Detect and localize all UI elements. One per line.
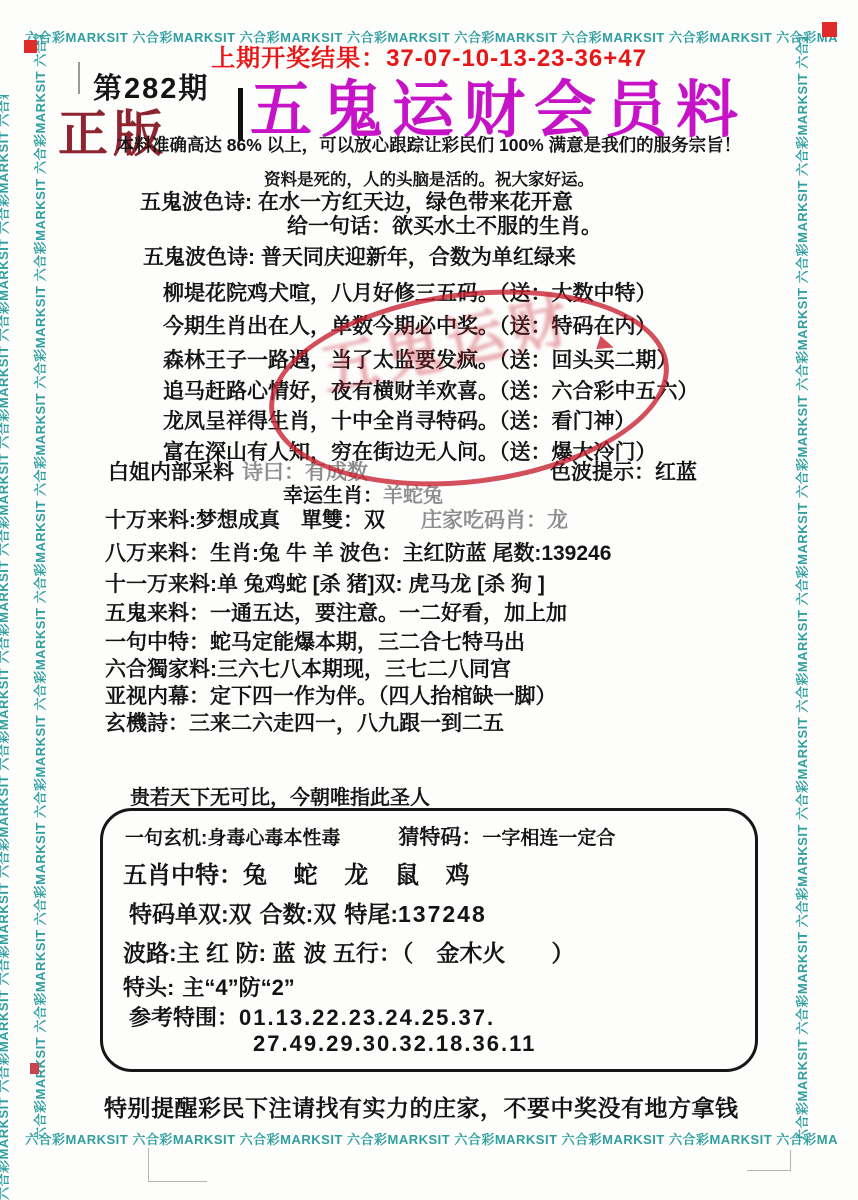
material-row: 五鬼来料：一通五达，要注意。一二好看，加上加 (105, 597, 567, 627)
border-pattern-bottom: 六合彩MARKSIT 六合彩MARKSIT 六合彩MARKSIT 六合彩MARK… (25, 1129, 837, 1146)
wave-path-value: 主 红 防: 蓝 (177, 940, 296, 966)
color-wave-hint: 色波提示：红蓝 (550, 461, 697, 484)
poem-line: 五鬼波色诗: 普天同庆迎新年，合数为单红绿来 (143, 241, 576, 271)
reference-numbers-line1: 01.13.22.23.24.25.37. (239, 1005, 495, 1030)
material-text: 蛇马定能爆本期，三二合七特马出 (210, 631, 525, 654)
tail-value: 137248 (398, 901, 487, 927)
special-head-value: 主“4”防“2” (182, 975, 294, 1000)
material-label: 八万来料： (105, 542, 210, 565)
saint-line: 贵若天下无可比，今朝唯指此圣人 (130, 781, 430, 810)
scan-artifact-line (148, 1148, 207, 1182)
material-row: 十万来料:梦想成真 單雙：双庄家吃码肖：龙 (105, 504, 568, 534)
wave-path-row: 波路:主 红 防: 蓝波 五行：（ 金木火 ） (123, 935, 574, 968)
material-text: 一通五达，要注意。一二好看，加上加 (210, 602, 567, 625)
material-label: 五鬼来料： (105, 602, 210, 625)
material-text: 定下四一作为伴。（四人抬棺缺一脚） (210, 685, 557, 708)
reference-numbers-row: 参考特围：01.13.22.23.24.25.37. (129, 1001, 495, 1032)
material-label: 十一万来料: (105, 573, 217, 596)
material-faded-text: 庄家吃码肖：龙 (421, 509, 568, 532)
five-elements-label: 波 五行： (304, 940, 402, 966)
special-head-label: 特头: (123, 975, 174, 1000)
accuracy-slogan: 本料准确高达 86% 以上，可以放心跟踪让彩民们 100% 满意是我们的服务宗旨… (0, 132, 858, 157)
odd-even-label: 特码单双: (129, 901, 229, 927)
material-text: 梦想成真 單雙：双 (196, 509, 385, 532)
five-zodiac-label: 五肖中特： (123, 862, 243, 889)
baijie-label: 白姐内部采料 (108, 461, 234, 484)
lottery-tip-sheet: 六合彩MARKSIT 六合彩MARKSIT 六合彩MARKSIT 六合彩MARK… (0, 0, 858, 1200)
material-row: 十一万来料:单 兔鸡蛇 [杀 猪]双: 虎马龙 [杀 狗 ] (105, 568, 545, 598)
wave-path-label: 波路: (123, 940, 177, 966)
material-row: 八万来料：生肖:兔 牛 羊 波色：主红防蓝 尾数:139246 (105, 537, 611, 567)
five-elements-value: （ 金木火 ） (402, 940, 575, 966)
material-row: 六合獨家料:三六七八本期现，三七二八同宫 (105, 653, 511, 683)
material-row: 玄機詩：三来二六走四一，八九跟一到二五 (105, 707, 504, 737)
border-pattern-left: 六合彩MARKSIT 六合彩MARKSIT 六合彩MARKSIT 六合彩MARK… (30, 35, 46, 1140)
red-mark-top-right (822, 22, 837, 37)
reminder-warning: 特别提醒彩民下注请找有实力的庄家，不要中奖没有地方拿钱 (104, 1090, 739, 1123)
sum-label: 合数: (260, 901, 314, 927)
reference-label: 参考特围： (129, 1005, 239, 1030)
material-text: 三六七八本期现，三七二八同宫 (217, 658, 511, 681)
five-zodiac-row: 五肖中特：兔 蛇 龙 鼠 鸡 (123, 855, 480, 890)
scan-artifact-tick (78, 62, 80, 94)
material-label: 亚视内幕： (105, 685, 210, 708)
special-head-row: 特头:主“4”防“2” (123, 971, 295, 1002)
border-pattern-left-edge: 六合彩MARKSIT 六合彩MARKSIT 六合彩MARKSIT 六合彩MARK… (0, 95, 9, 1200)
material-label: 六合獨家料: (105, 658, 217, 681)
guess-special-label: 猜特码： (398, 826, 482, 849)
guess-special-text: 一字相连一定合 (482, 828, 615, 849)
material-label: 十万来料: (105, 509, 196, 532)
odd-even-row: 特码单双:双合数:双特尾:137248 (129, 896, 487, 929)
mystery-label: 一句玄机: (125, 828, 207, 849)
reference-numbers-line2: 27.49.29.30.32.18.36.11 (253, 1031, 536, 1057)
material-text: 单 兔鸡蛇 [杀 猪]双: 虎马龙 [杀 狗 ] (217, 573, 545, 596)
mystery-row: 一句玄机:身毒心毒本性毒猜特码：一字相连一定合 (125, 821, 615, 851)
material-row: 一句中特：蛇马定能爆本期，三二合七特马出 (105, 626, 525, 656)
odd-even-value: 双 (229, 901, 252, 927)
sum-value: 双 (313, 901, 336, 927)
mystery-text: 身毒心毒本性毒 (207, 828, 340, 849)
material-label: 一句中特： (105, 631, 210, 654)
material-row: 亚视内幕：定下四一作为伴。（四人抬棺缺一脚） (105, 680, 557, 710)
five-zodiac-value: 兔 蛇 龙 鼠 鸡 (243, 862, 480, 889)
scan-artifact-line (747, 1150, 791, 1171)
material-text: 三来二六走四一，八九跟一到二五 (189, 712, 504, 735)
poem-advice: 给一句话：欲买水土不服的生肖。 (287, 210, 602, 240)
tail-label: 特尾: (344, 901, 398, 927)
prediction-box: 一句玄机:身毒心毒本性毒猜特码：一字相连一定合 五肖中特：兔 蛇 龙 鼠 鸡 特… (100, 808, 758, 1072)
material-label: 玄機詩： (105, 712, 189, 735)
red-mark-left-lower (30, 1063, 39, 1074)
border-pattern-right: 六合彩MARKSIT 六合彩MARKSIT 六合彩MARKSIT 六合彩MARK… (792, 37, 808, 1142)
material-text: 生肖:兔 牛 羊 波色：主红防蓝 尾数:139246 (210, 542, 611, 565)
